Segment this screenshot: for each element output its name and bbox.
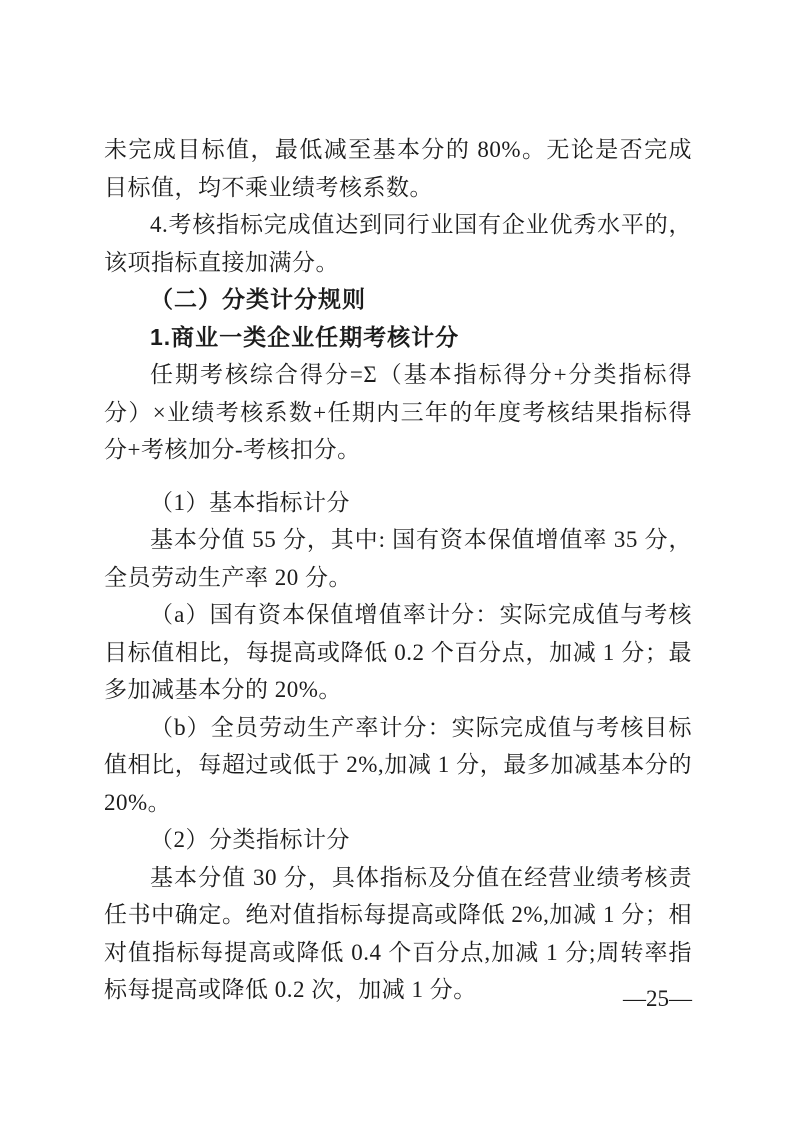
document-page: 未完成目标值，最低减至基本分的 80%。无论是否完成目标值，均不乘业绩考核系数。… bbox=[0, 0, 793, 1122]
paragraph: （b）全员劳动生产率计分：实际完成值与考核目标值相比，每超过或低于 2%,加减 … bbox=[104, 709, 692, 822]
paragraph: 基本分值 30 分，具体指标及分值在经营业绩考核责任书中确定。绝对值指标每提高或… bbox=[104, 859, 692, 1009]
paragraph: 基本分值 55 分，其中: 国有资本保值增值率 35 分，全员劳动生产率 20 … bbox=[104, 521, 692, 596]
paragraph: （2）分类指标计分 bbox=[104, 821, 692, 859]
paragraph: 未完成目标值，最低减至基本分的 80%。无论是否完成目标值，均不乘业绩考核系数。 bbox=[104, 131, 692, 206]
section-heading: （二）分类计分规则 bbox=[104, 281, 692, 319]
text-column: 未完成目标值，最低减至基本分的 80%。无论是否完成目标值，均不乘业绩考核系数。… bbox=[104, 131, 692, 1009]
section-heading: 1.商业一类企业任期考核计分 bbox=[104, 319, 692, 357]
paragraph: （a）国有资本保值增值率计分：实际完成值与考核目标值相比，每提高或降低 0.2 … bbox=[104, 596, 692, 709]
paragraph: 4.考核指标完成值达到同行业国有企业优秀水平的，该项指标直接加满分。 bbox=[104, 206, 692, 281]
paragraph: （1）基本指标计分 bbox=[104, 484, 692, 522]
page-number: —25— bbox=[623, 984, 692, 1014]
paragraph: 任期考核综合得分=Σ（基本指标得分+分类指标得分）×业绩考核系数+任期内三年的年… bbox=[104, 356, 692, 469]
